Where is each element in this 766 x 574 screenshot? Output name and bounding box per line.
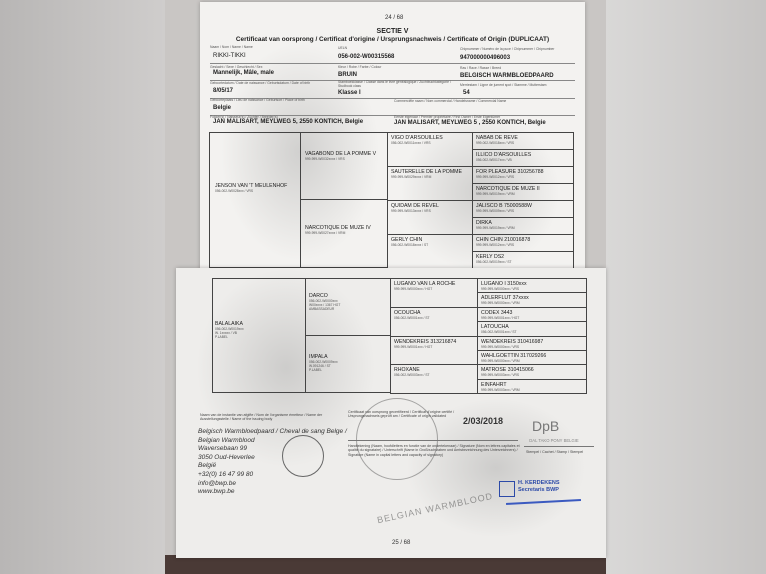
blue-stamp-text: H. KERDEKENS Secretaris BWP (518, 480, 560, 493)
breed-label: Ras / Race / Rasse / Breed (460, 66, 501, 70)
dpb-stamp: DpB (532, 418, 559, 434)
chip-value: 947000000496003 (460, 55, 510, 61)
pedigree-sire-dam: NARCOTIQUE DE MUZE IV 999-999-W0027xxxx … (300, 199, 388, 268)
pedigree-gen4-cell: WAHLGOETTIN 317029266999-999-W0000xxx / … (477, 350, 587, 365)
stamp-label: Stempel / Cachet / Stamp / Stempel (526, 450, 583, 454)
commercial-label: Commerciële naam / Nom commercial / Hand… (394, 99, 506, 103)
birthplace-value: Belgie (213, 105, 231, 111)
pedigree-gen3-cell: WENDEKREIS 313216874999-999-W0001xxx / H… (390, 336, 478, 366)
pedigree-gen4-cell: ADLERFLUT 37xxxx999-999-W0000xxx / VRM (477, 292, 587, 307)
background-right (606, 0, 766, 574)
dob-label: Geboortedatum / Date de naissance / Gebu… (210, 81, 310, 85)
signature-stroke (506, 499, 581, 504)
pedigree-gen4-cell: MATROSE 310415066999-999-W0003xxx / VRS (477, 364, 587, 379)
certificate-title: Certificaat van oorsprong / Certificat d… (200, 36, 585, 43)
pedigree-dam-sire: DARCO 056-002-W0000xxx W00xxxx / 1367 HG… (305, 278, 391, 336)
issuer-line[interactable]: www.bwp.be (198, 488, 347, 497)
pedigree-gen3-cell: LUGANO VAN LA ROCHE999-999-W0000xxx / HG… (390, 278, 478, 308)
pedigree-sire: JENSON VAN 'T MEULENHOF 056-002-W0028xxx… (209, 132, 301, 268)
horse-name: RIKKI-TIKKI (213, 53, 246, 59)
class-value: Klasse I (338, 90, 361, 96)
chip-label: Chipnummer / Numéro de la puce / Chipnum… (460, 47, 554, 51)
pedigree-gen3-cell: GERLY CHIN056-002-W0018xxxx / ST (387, 234, 473, 269)
pedigree-gen4-cell: CHIN CHIN 210016878999-999-W0012xxx / VR… (472, 234, 574, 252)
breed-value: BELGISCH WARMBLOEDPAARD (460, 73, 554, 79)
issuer-address: Belgisch Warmbloedpaard / Cheval de sang… (198, 428, 347, 497)
colour-value: BRUIN (338, 72, 357, 78)
pedigree-gen4-cell: KERLY DS2056-002-W0019xxx / ST (472, 251, 574, 269)
damline-value: 54 (463, 90, 470, 96)
issuer-line: Belgian Warmblood (198, 437, 347, 446)
colour-label: Kleur / Robe / Farbe / Colour (338, 65, 381, 69)
page-number: 24 / 68 (385, 15, 403, 21)
bwp-seal-icon (282, 435, 324, 477)
class-label: Stamboekklasse / Classe dans le livre gé… (338, 81, 453, 89)
owner-label: Eerste eigenaar / Premier propriétaire /… (394, 115, 500, 119)
pedigree-gen4-cell: ILLICO D'ARSOUILLES056-002-W0017xxx / VB (472, 149, 574, 167)
pedigree-gen4-cell: DIRKA999-999-W0019xxx / VRM (472, 217, 574, 235)
issuer-label: Naam van de instantie van afgifte / Nom … (200, 413, 340, 422)
pedigree-gen3-cell: RHOXANE056-002-W0003xxx / ST (390, 364, 478, 394)
issuer-line: 3050 Oud-Heverlee (198, 454, 347, 463)
sex-value: Mannelijk, Mâle, male (213, 70, 274, 76)
pedigree-gen3-cell: OCOUCHA056-002-W0001xxx / ST (390, 307, 478, 337)
pedigree-gen4-cell: JALISCO B 75000588W999-999-W0009xxx / VR… (472, 200, 574, 218)
breeder-value: JAN MALISART, MEYLWEG 5, 2550 KONTICH, B… (213, 119, 363, 125)
pedigree-gen3-cell: VIGO D'ARSOUILLES056-002-W0011xxxx / VRS (387, 132, 473, 167)
pedigree-dam: BALALAIKA 056-002-W0019xxx W. 1xxxxx / V… (212, 278, 306, 393)
pedigree-gen4-cell: LATOUCHA056-002-W0001xxx / ST (477, 321, 587, 336)
certificate-page-bottom: BALALAIKA 056-002-W0019xxx W. 1xxxxx / V… (176, 268, 606, 558)
pedigree-dam-side: BALALAIKA 056-002-W0019xxx W. 1xxxxx / V… (212, 278, 587, 393)
dpb-stamp-sub: DAL TAKO PONY BELGIE (528, 438, 580, 443)
name-label: Naam / Nom / Name / Name (210, 45, 253, 49)
certificate-page-top: 24 / 68 SECTIE V Certificaat van oorspro… (200, 2, 585, 270)
pedigree-gen4-cell: WENDEKREIS 310416987999-999-W0000xxx / V… (477, 336, 587, 351)
dob-value: 8/05/17 (213, 88, 233, 94)
background-left (0, 0, 165, 574)
pedigree-gen4-cell: EINFAHRT999-999-W0003xxx / VRM (477, 379, 587, 394)
owner-value: JAN MALISART, MEYLWEG 5 , 2550 KONTICH, … (394, 120, 546, 126)
certified-label: Certificaat van oorsprong gecertifieerd … (348, 410, 458, 419)
pedigree-sire-sire: VAGABOND DE LA POMME V 999-999-W0032xxxx… (300, 132, 388, 200)
certified-date: 2/03/2018 (463, 416, 503, 426)
issuer-line[interactable]: info@bwp.be (198, 480, 347, 489)
pedigree-sire-side: JENSON VAN 'T MEULENHOF 056-002-W0028xxx… (209, 132, 574, 268)
pedigree-gen4-cell: NARCOTIQUE DE MUZE II999-999-W0019xxx / … (472, 183, 574, 201)
pedigree-gen3-cell: QUIDAM DE REVEL999-999-W0013xxxx / VRS (387, 200, 473, 235)
blue-stamp-logo-icon (499, 481, 515, 497)
signature-label: Handtekening (Naam, hoofdletters en func… (348, 444, 523, 457)
seal-text: BELGIAN WARMBLOOD (376, 491, 494, 525)
pedigree-dam-dam: IMPALA 056-002-W0009xxx W.091246 / ST P.… (305, 335, 391, 393)
pedigree-gen4-cell: FOR PLEASURE 310256788999-999-W0012xxx /… (472, 166, 574, 184)
section-title: SECTIE V (200, 28, 585, 35)
ueln-value: 056-002-W00315568 (338, 54, 394, 60)
issuer-line: +32(0) 16 47 99 80 (198, 471, 347, 480)
issuer-line: Belgisch Warmbloedpaard / Cheval de sang… (198, 428, 347, 437)
pedigree-gen4-cell: NABAB DE REVE999-002-W0018xxx / VRS (472, 132, 574, 150)
sex-label: Geslacht / Sexe / Geschlecht / Sex (210, 65, 262, 69)
pedigree-gen3-cell: SAUTERELLE DE LA POMME999-999-W0029xxxx … (387, 166, 473, 201)
pedigree-gen4-cell: LUGANO I 3150xxx999-999-W0000xxx / VRS (477, 278, 587, 293)
ueln-label: UELN (338, 46, 347, 50)
issuer-line: België (198, 462, 347, 471)
pedigree-gen4-cell: CODEX 3443999-999-W0001xxx / HGT (477, 307, 587, 322)
birthplace-label: Geboorteplaats / Lieu de naissance / Geb… (210, 98, 305, 102)
issuer-line: Waversebaan 99 (198, 445, 347, 454)
damline-label: Merriestam / Ligne de jument spot / Stam… (460, 83, 547, 87)
page-number: 25 / 68 (392, 540, 410, 546)
